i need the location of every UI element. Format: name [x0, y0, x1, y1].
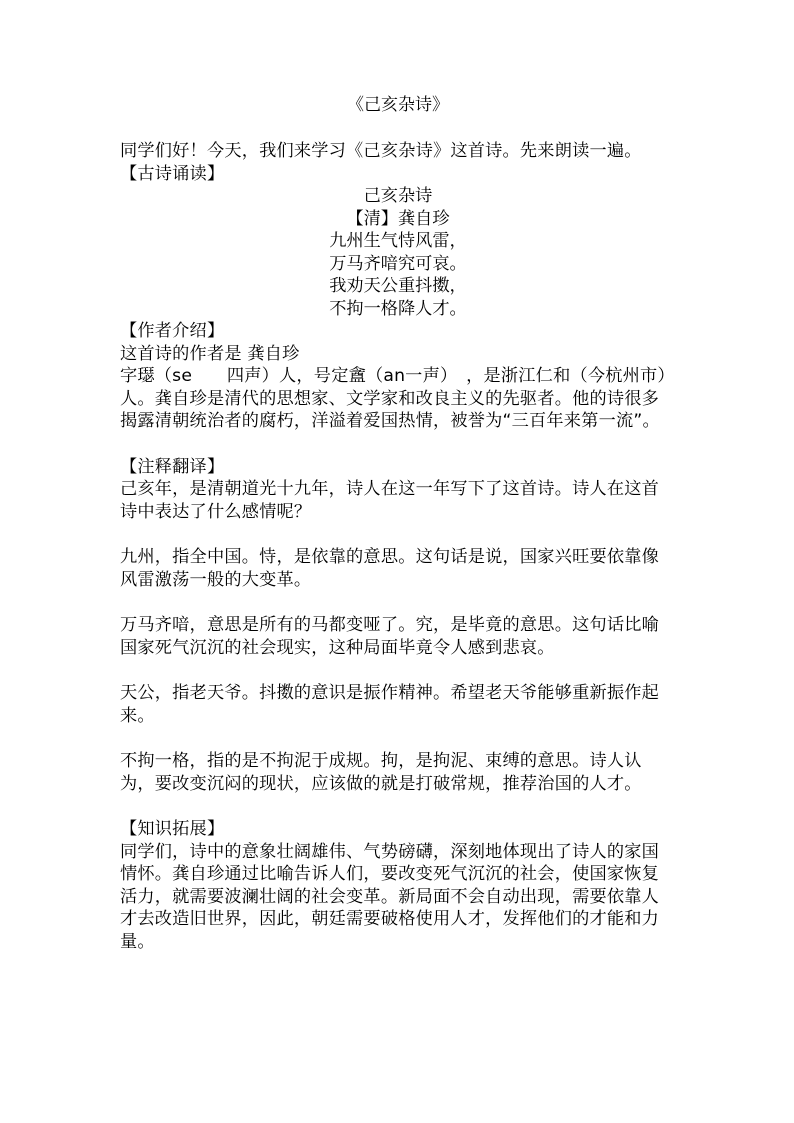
- annotation-heading: 【注释翻译】: [120, 456, 676, 479]
- author-intro-paragraph: 字璱（se 四声）人，号定盦（an一声） ，是浙江仁和（今杭州市）人。龚自珍是清…: [120, 365, 676, 433]
- spacer: [120, 591, 676, 614]
- poem-line: 九州生气恃风雷，: [120, 230, 676, 253]
- author-intro-heading: 【作者介绍】: [120, 320, 676, 343]
- poem-block: 己亥杂诗 【清】龚自珍 九州生气恃风雷， 万马齐喑究可哀。 我劝天公重抖擞， 不…: [120, 185, 676, 320]
- poem-title: 己亥杂诗: [120, 185, 676, 208]
- annotation-paragraph: 万马齐喑，意思是所有的马都变哑了。究，是毕竟的意思。这句话比喻国家死气沉沉的社会…: [120, 614, 676, 659]
- annotation-paragraph: 己亥年，是清朝道光十九年，诗人在这一年写下了这首诗。诗人在这首诗中表达了什么感情…: [120, 478, 676, 523]
- document-page: 《己亥杂诗》 同学们好！今天，我们来学习《己亥杂诗》这首诗。先来朗读一遍。 【古…: [120, 94, 676, 953]
- annotation-paragraph: 九州，指全中国。恃，是依靠的意思。这句话是说，国家兴旺要依靠像风雷激荡一般的大变…: [120, 546, 676, 591]
- extension-paragraph: 同学们，诗中的意象壮阔雄伟、气势磅礴，深刻地体现出了诗人的家国情怀。龚自珍通过比…: [120, 841, 676, 954]
- poem-line: 我劝天公重抖擞，: [120, 275, 676, 298]
- recitation-heading: 【古诗诵读】: [120, 163, 676, 186]
- poem-line: 不拘一格降人才。: [120, 298, 676, 321]
- poem-line: 万马齐喑究可哀。: [120, 253, 676, 276]
- author-intro-line: 这首诗的作者是 龚自珍: [120, 343, 676, 366]
- spacer: [120, 795, 676, 818]
- poem-author: 【清】龚自珍: [120, 208, 676, 231]
- annotation-paragraph: 天公，指老天爷。抖擞的意识是振作精神。希望老天爷能够重新振作起来。: [120, 682, 676, 727]
- spacer: [120, 659, 676, 682]
- spacer: [120, 727, 676, 750]
- intro-paragraph: 同学们好！今天，我们来学习《己亥杂诗》这首诗。先来朗读一遍。: [120, 140, 676, 163]
- spacer: [120, 433, 676, 456]
- document-title: 《己亥杂诗》: [120, 94, 676, 116]
- annotation-paragraph: 不拘一格，指的是不拘泥于成规。拘，是拘泥、束缚的意思。诗人认为，要改变沉闷的现状…: [120, 750, 676, 795]
- extension-heading: 【知识拓展】: [120, 818, 676, 841]
- spacer: [120, 523, 676, 546]
